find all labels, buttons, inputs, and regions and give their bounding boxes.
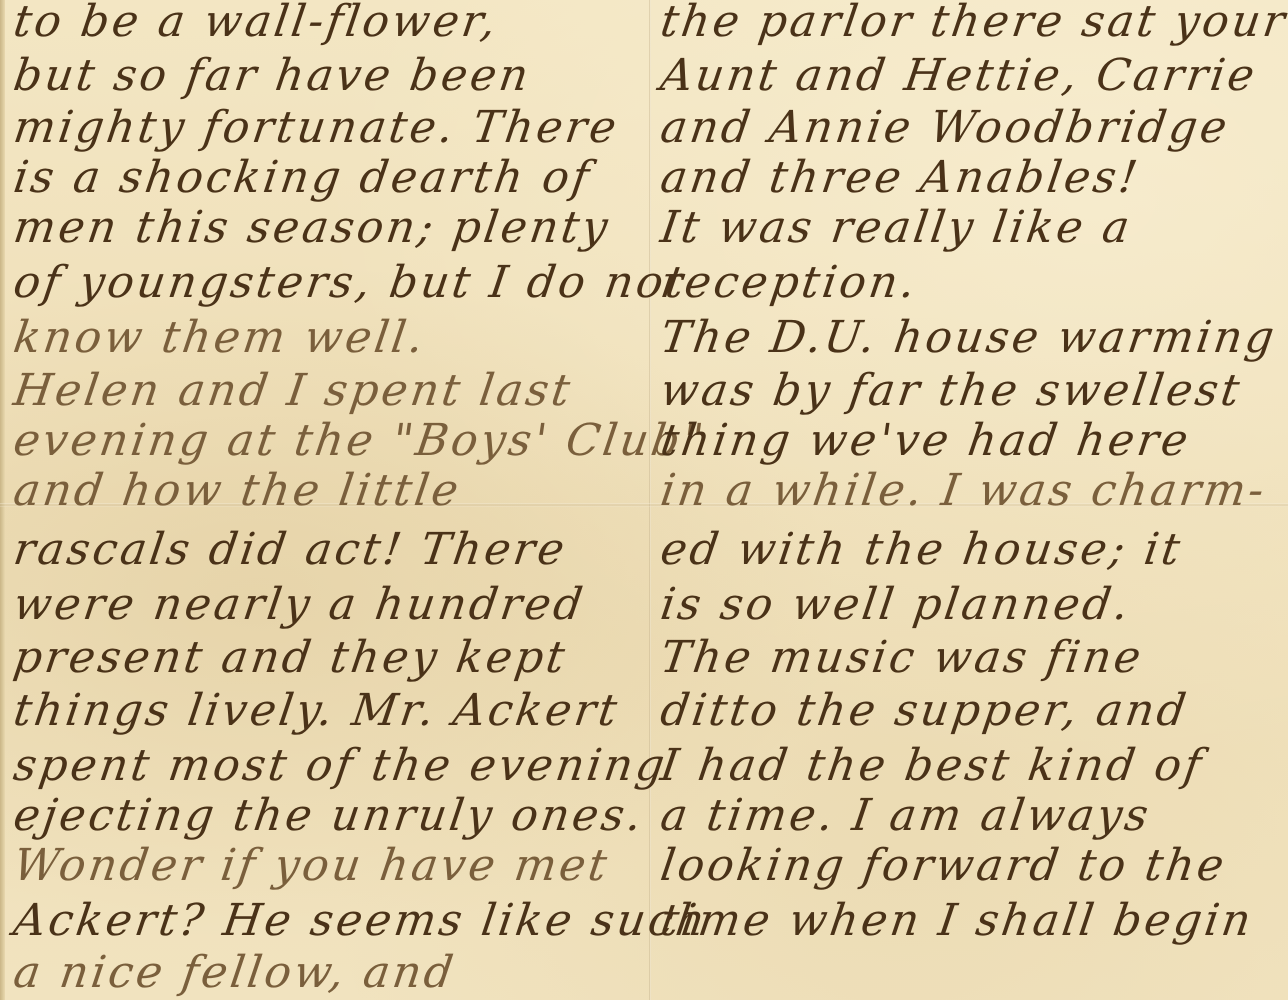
handwritten-line: is so well planned. xyxy=(657,577,1135,633)
handwritten-line: Wonder if you have met xyxy=(10,838,613,894)
handwritten-line: a time. I am always xyxy=(657,788,1155,844)
handwritten-line: Ackert? He seems like such xyxy=(10,893,711,949)
handwritten-line: things lively. Mr. Ackert xyxy=(10,683,623,739)
handwritten-line: time when I shall begin xyxy=(657,893,1257,949)
handwritten-line: looking forward to the xyxy=(657,838,1230,894)
handwritten-line: is a shocking dearth of xyxy=(10,150,595,206)
handwritten-line: spent most of the evening xyxy=(10,738,671,794)
handwritten-line: present and they kept xyxy=(10,630,571,686)
handwritten-line: Helen and I spent last xyxy=(10,363,576,419)
handwritten-line: know them well. xyxy=(10,310,430,366)
handwritten-line: but so far have been xyxy=(10,48,535,104)
handwritten-line: It was really like a xyxy=(657,200,1136,256)
handwritten-line: ed with the house; it xyxy=(657,522,1186,578)
handwritten-line: ejecting the unruly ones. xyxy=(10,788,648,844)
handwritten-line: rascals did act! There xyxy=(10,522,571,578)
handwritten-line: the parlor there sat your xyxy=(657,0,1288,50)
handwritten-line: evening at the "Boys' Club" xyxy=(10,413,710,469)
handwritten-line: The D.U. house warming xyxy=(657,310,1280,366)
handwritten-line: ditto the supper, and xyxy=(657,683,1192,739)
handwritten-line: Aunt and Hettie, Carrie xyxy=(657,48,1261,104)
handwritten-line: men this season; plenty xyxy=(10,200,614,256)
handwritten-line: in a while. I was charm- xyxy=(657,463,1270,519)
handwritten-line: a nice fellow, and xyxy=(10,945,459,1000)
left-page: to be a wall-flower, but so far have bee… xyxy=(0,0,649,1000)
handwritten-line: and three Anables! xyxy=(657,150,1144,206)
handwritten-line: was by far the swellest xyxy=(657,363,1246,419)
handwritten-line: The music was fine xyxy=(657,630,1147,686)
handwritten-line: I had the best kind of xyxy=(657,738,1207,794)
right-page: the parlor there sat your Aunt and Hetti… xyxy=(651,0,1288,1000)
handwritten-line: of youngsters, but I do not xyxy=(10,255,690,311)
handwritten-line: were nearly a hundred xyxy=(10,577,589,633)
handwritten-line: mighty fortunate. There xyxy=(10,100,623,156)
handwritten-line: and how the little xyxy=(10,463,465,519)
handwritten-line: thing we've had here xyxy=(657,413,1194,469)
handwritten-line: to be a wall-flower, xyxy=(10,0,502,50)
handwritten-line: reception. xyxy=(657,255,921,311)
handwritten-line: and Annie Woodbridge xyxy=(657,100,1233,156)
